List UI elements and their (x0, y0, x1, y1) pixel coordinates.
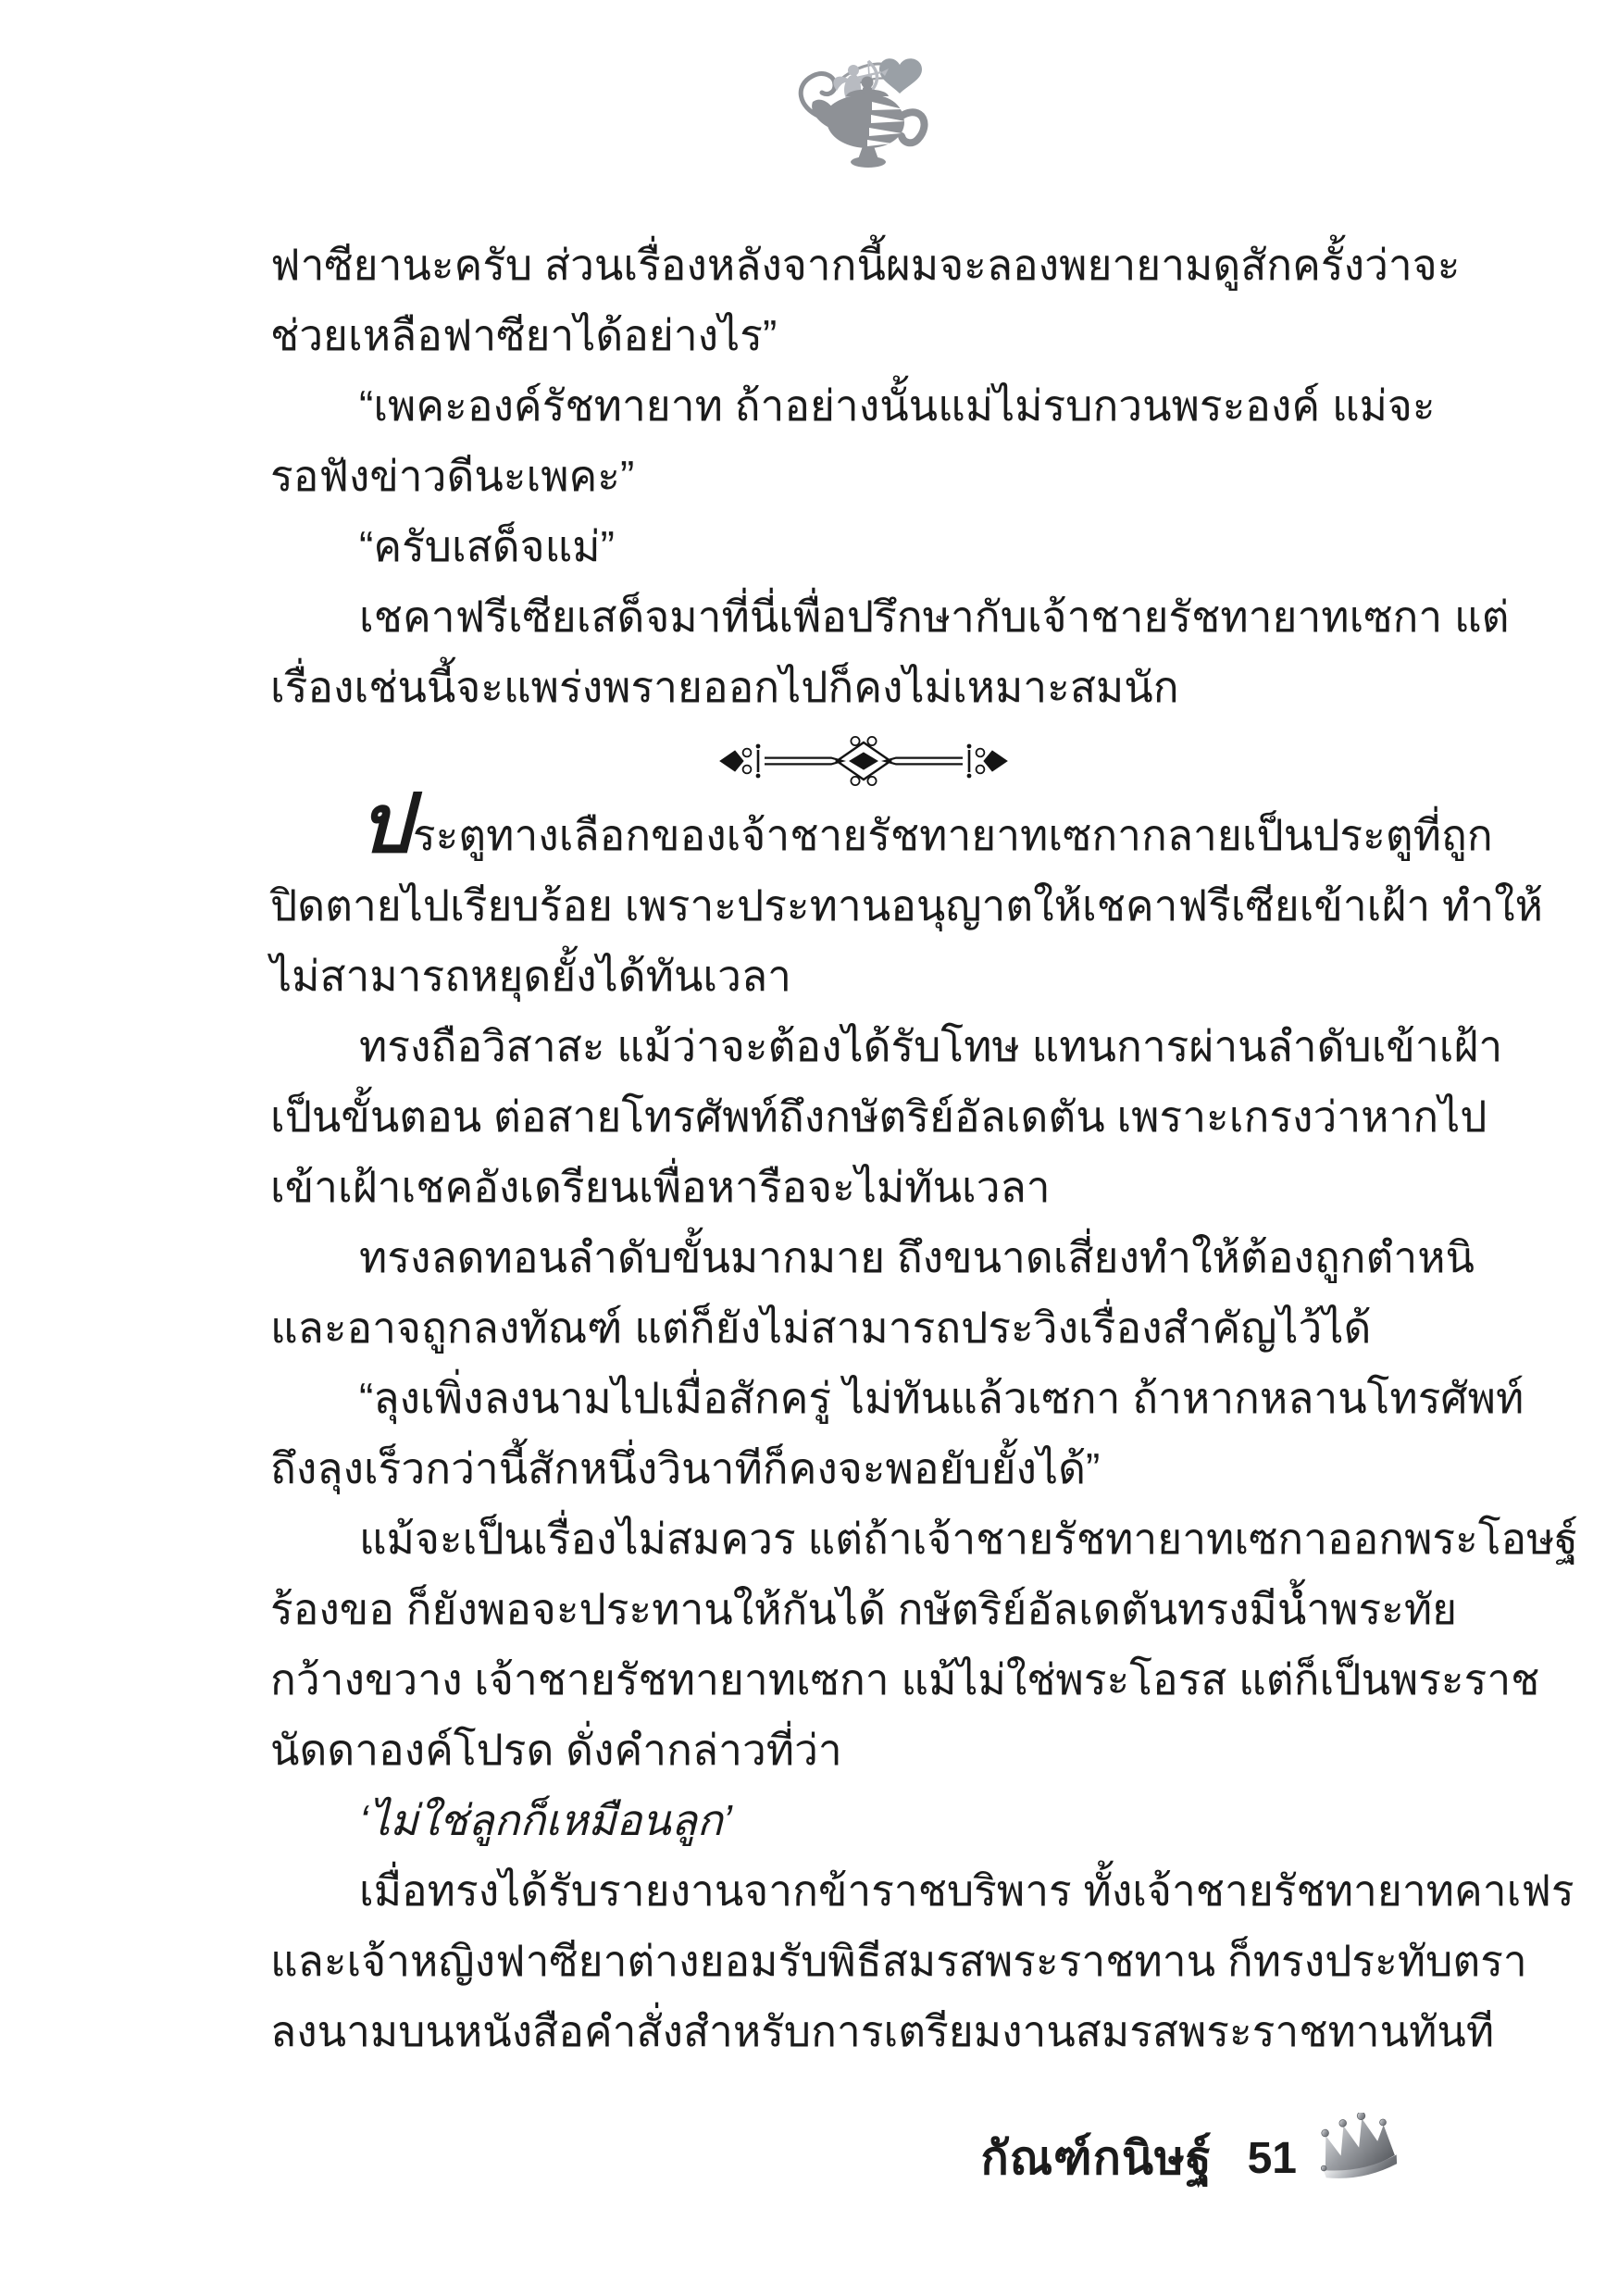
cupid-lamp-ornament (787, 48, 939, 172)
text-line: ทรงลดทอนลำดับขั้นมากมาย ถึงขนาดเสี่ยงทำใ… (270, 1222, 1456, 1292)
text-line: แม้จะเป็นเรื่องไม่สมควร แต่ถ้าเจ้าชายรัช… (270, 1504, 1456, 1574)
paragraph-quote: ‘ไม่ใช่ลูกก็เหมือนลูก’ (270, 1785, 1456, 1855)
text-line: ปิดตายไปเรียบร้อย เพราะประทานอนุญาตให้เช… (270, 870, 1456, 941)
divider-icon (715, 735, 1013, 787)
text-line: กว้างขวาง เจ้าชายรัชทายาทเซกา แม้ไม่ใช่พ… (270, 1644, 1456, 1715)
drop-cap: ป (359, 778, 413, 869)
paragraph: เมื่อทรงได้รับรายงานจากข้าราชบริพาร ทั้ง… (270, 1855, 1456, 2066)
text-line: ทรงถือวิสาสะ แม้ว่าจะต้องได้รับโทษ แทนกา… (270, 1011, 1456, 1081)
text-line: ช่วยเหลือฟาซียาได้อย่างไร” (270, 300, 1456, 370)
text-after-dropcap: ระตูทางเลือกของเจ้าชายรัชทายาทเซกากลายเป… (413, 811, 1493, 859)
text-line: เป็นขั้นตอน ต่อสายโทรศัพท์ถึงกษัตริย์อัล… (270, 1081, 1456, 1152)
paragraph: ทรงลดทอนลำดับขั้นมากมาย ถึงขนาดเสี่ยงทำใ… (270, 1222, 1456, 1363)
text-line: นัดดาองค์โปรด ดั่งคำกล่าวที่ว่า (270, 1715, 1456, 1785)
book-page: ฟาซียานะครับ ส่วนเรื่องหลังจากนี้ผมจะลอง… (0, 0, 1618, 2296)
text-line: ลงนามบนหนังสือคำสั่งสำหรับการเตรียมงานสม… (270, 1996, 1456, 2066)
cupid-lamp-icon (787, 48, 939, 172)
paragraph: “เพคะองค์รัชทายาท ถ้าอย่างนั้นแม่ไม่รบกว… (270, 370, 1456, 511)
text-line: ฟาซียานะครับ ส่วนเรื่องหลังจากนี้ผมจะลอง… (270, 230, 1456, 300)
text-line: ประตูทางเลือกของเจ้าชายรัชทายาทเซกากลายเ… (270, 800, 1456, 870)
text-line: “ครับเสด็จแม่” (270, 511, 1456, 581)
paragraph: ประตูทางเลือกของเจ้าชายรัชทายาทเซกากลายเ… (270, 800, 1456, 1011)
running-footer: กัณฑ์กนิษฐ์ 51 (980, 2118, 1402, 2198)
paragraph: ทรงถือวิสาสะ แม้ว่าจะต้องได้รับโทษ แทนกา… (270, 1011, 1456, 1222)
section-divider-ornament (270, 722, 1456, 800)
text-line: และเจ้าหญิงฟาซียาต่างยอมรับพิธีสมรสพระรา… (270, 1926, 1456, 1996)
text-line: เชคาฟรีเซียเสด็จมาที่นี่เพื่อปรึกษากับเจ… (270, 581, 1456, 652)
paragraph: ฟาซียานะครับ ส่วนเรื่องหลังจากนี้ผมจะลอง… (270, 230, 1456, 370)
page-number: 51 (1248, 2133, 1297, 2184)
text-line: และอาจถูกลงทัณฑ์ แต่ก็ยังไม่สามารถประวิง… (270, 1292, 1456, 1363)
text-line: ถึงลุงเร็วกว่านี้สักหนึ่งวินาทีก็คงจะพอย… (270, 1433, 1456, 1504)
text-line: รอฟังข่าวดีนะเพคะ” (270, 441, 1456, 511)
text-line: “ลุงเพิ่งลงนามไปเมื่อสักครู่ ไม่ทันแล้วเ… (270, 1363, 1456, 1433)
text-line: ไม่สามารถหยุดยั้งได้ทันเวลา (270, 941, 1456, 1011)
text-line: “เพคะองค์รัชทายาท ถ้าอย่างนั้นแม่ไม่รบกว… (270, 370, 1456, 441)
text-line: เรื่องเช่นนี้จะแพร่งพรายออกไปก็คงไม่เหมา… (270, 652, 1456, 722)
paragraph: “ลุงเพิ่งลงนามไปเมื่อสักครู่ ไม่ทันแล้วเ… (270, 1363, 1456, 1504)
crown-icon (1313, 2113, 1402, 2190)
running-footer-title: กัณฑ์กนิษฐ์ (980, 2122, 1212, 2195)
text-line: ร้องขอ ก็ยังพอจะประทานให้กันได้ กษัตริย์… (270, 1574, 1456, 1644)
text-line: เข้าเฝ้าเชคอังเดรียนเพื่อหารือจะไม่ทันเว… (270, 1152, 1456, 1222)
paragraph: แม้จะเป็นเรื่องไม่สมควร แต่ถ้าเจ้าชายรัช… (270, 1504, 1456, 1785)
paragraph: เชคาฟรีเซียเสด็จมาที่นี่เพื่อปรึกษากับเจ… (270, 581, 1456, 722)
paragraph: “ครับเสด็จแม่” (270, 511, 1456, 581)
quote-line: ‘ไม่ใช่ลูกก็เหมือนลูก’ (270, 1785, 1456, 1855)
page-text: ฟาซียานะครับ ส่วนเรื่องหลังจากนี้ผมจะลอง… (270, 230, 1456, 2066)
text-line: เมื่อทรงได้รับรายงานจากข้าราชบริพาร ทั้ง… (270, 1855, 1456, 1926)
